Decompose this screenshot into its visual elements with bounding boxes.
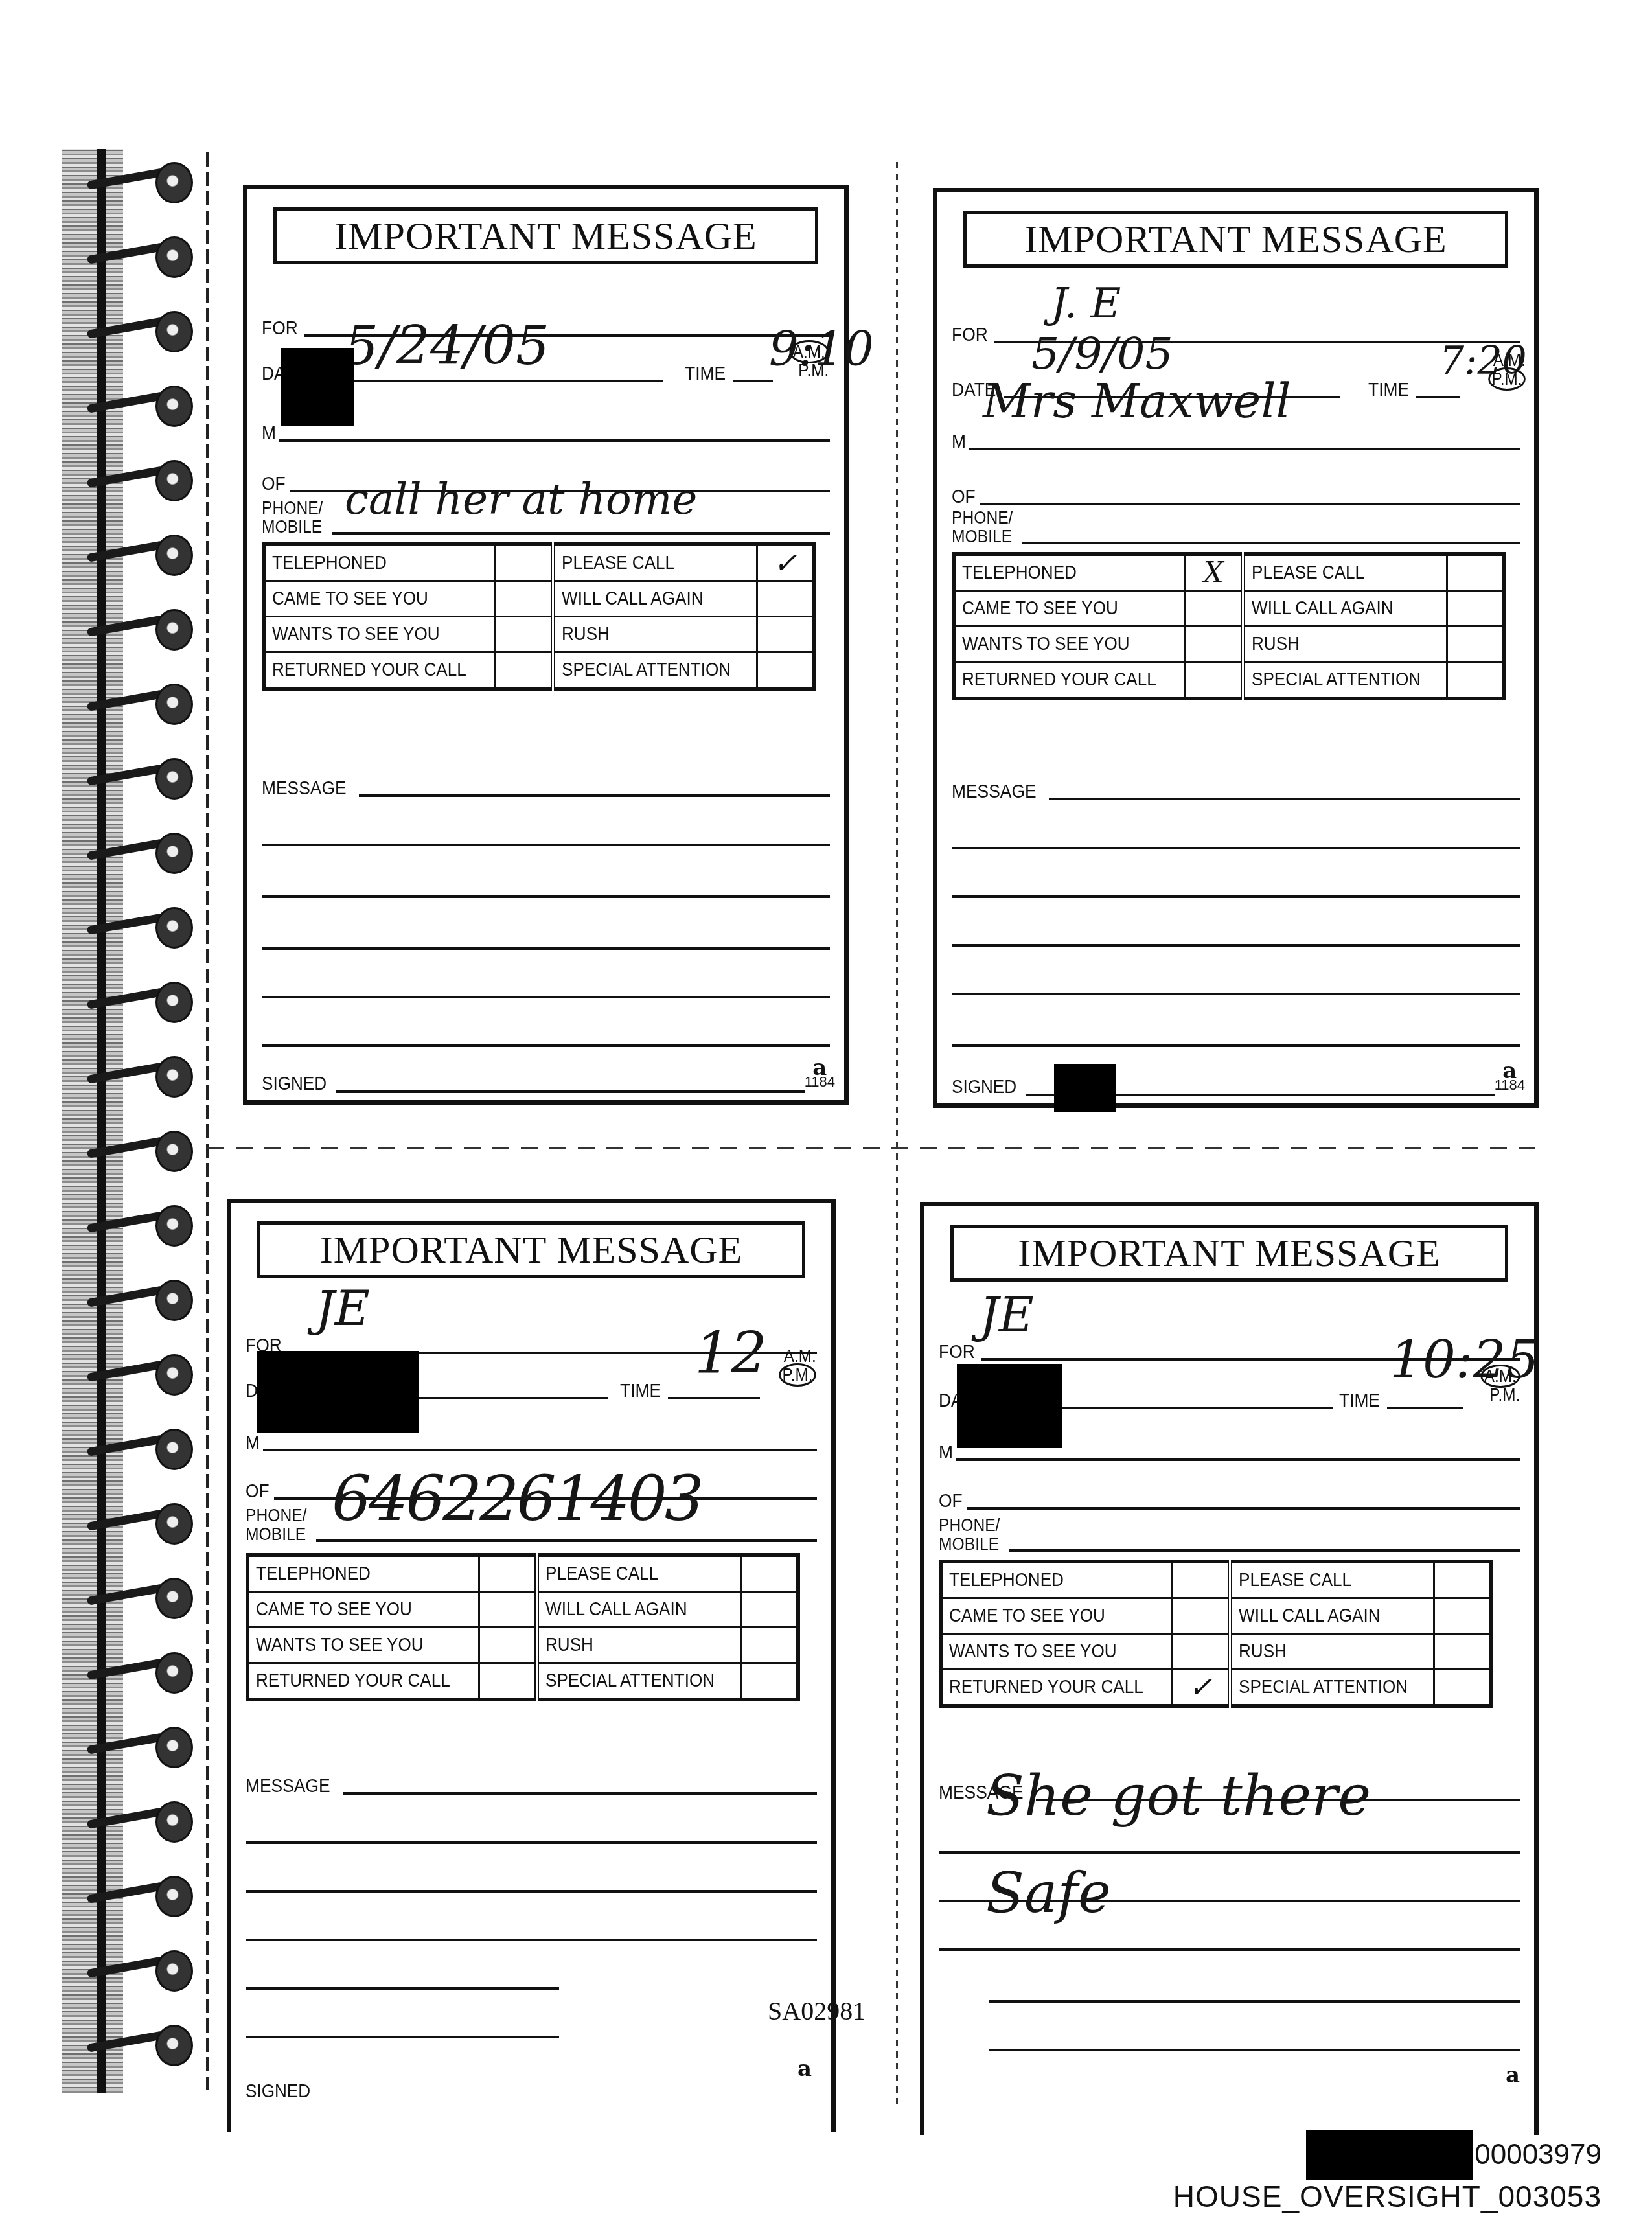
wants-to-see-you-checkbox[interactable] (479, 1628, 537, 1663)
special-attention-checkbox[interactable] (757, 652, 815, 689)
redaction-box (1054, 1064, 1116, 1112)
pm-circled: P.M. (1488, 367, 1526, 391)
for-value: J. E (1051, 280, 1121, 328)
will-call-again-label: WILL CALL AGAIN (1230, 1598, 1434, 1634)
time-value: 12 (694, 1320, 767, 1387)
spiral-coil (87, 1950, 198, 1989)
redaction-box (957, 1364, 1062, 1448)
bates-label: HOUSE_OVERSIGHT_003053 (1173, 2180, 1601, 2213)
spiral-coil (87, 1727, 198, 1766)
spiral-coil (87, 1429, 198, 1468)
spiral-coil (87, 1056, 198, 1095)
date-value: 5/9/05 (1031, 328, 1173, 380)
message-line (262, 947, 830, 950)
message-card-bottom-right: IMPORTANT MESSAGE FOR JE DA TIME 10:25 A… (920, 1202, 1539, 2135)
came-to-see-you-label: CAME TO SEE YOU (247, 1592, 479, 1628)
wants-to-see-you-label: WANTS TO SEE YOU (941, 1634, 1173, 1670)
message-line (262, 895, 830, 898)
phone-mobile-value: call her at home (345, 474, 697, 524)
came-to-see-you-checkbox[interactable] (479, 1592, 537, 1628)
card-title-box: IMPORTANT MESSAGE (257, 1221, 805, 1278)
message-line (989, 2049, 1520, 2051)
spiral-coil (87, 386, 198, 424)
please-call-checkbox[interactable] (1434, 1561, 1492, 1598)
message-line (952, 1044, 1520, 1047)
rush-label: RUSH (537, 1628, 741, 1663)
card-title-box: IMPORTANT MESSAGE (273, 207, 818, 264)
message-line (246, 1987, 559, 1990)
returned-your-call-checkbox[interactable]: ✓ (1173, 1670, 1230, 1707)
phone-mobile-value: 6462261403 (332, 1462, 702, 1535)
rush-label: RUSH (553, 617, 757, 652)
redaction-box (1306, 2130, 1473, 2180)
returned-your-call-label: RETURNED YOUR CALL (264, 652, 496, 689)
will-call-again-checkbox[interactable] (1434, 1598, 1492, 1634)
will-call-again-label: WILL CALL AGAIN (553, 581, 757, 617)
phone-mobile-field[interactable]: PHONE/MOBILE (939, 1504, 1520, 1553)
returned-your-call-checkbox[interactable] (1186, 662, 1243, 699)
message-line (246, 1841, 817, 1844)
vertical-cut-guide (896, 162, 898, 2106)
phone-mobile-field[interactable]: PHONE/MOBILE (952, 497, 1520, 546)
will-call-again-label: WILL CALL AGAIN (1243, 591, 1447, 627)
page-perforation (206, 152, 209, 2090)
am-circled: A.M. (1481, 1365, 1520, 1388)
message-line (262, 996, 830, 998)
special-attention-label: SPECIAL ATTENTION (1243, 662, 1447, 699)
checkbox-grid: TELEPHONED PLEASE CALL ✓ CAME TO SEE YOU… (262, 542, 816, 691)
message-field[interactable]: MESSAGE (262, 759, 830, 798)
message-field[interactable]: MESSAGE (952, 763, 1520, 801)
special-attention-label: SPECIAL ATTENTION (553, 652, 757, 689)
spiral-coil (87, 1503, 198, 1542)
returned-your-call-label: RETURNED YOUR CALL (941, 1670, 1173, 1707)
signed-field[interactable]: SIGNED (246, 2081, 442, 2102)
checkbox-grid: TELEPHONED PLEASE CALL CAME TO SEE YOU W… (246, 1553, 800, 1701)
telephoned-label: TELEPHONED (247, 1555, 479, 1592)
checkbox-grid: TELEPHONED PLEASE CALL CAME TO SEE YOU W… (939, 1560, 1493, 1708)
message-line (262, 844, 830, 846)
spiral-coil (87, 1876, 198, 1915)
wants-to-see-you-label: WANTS TO SEE YOU (264, 617, 496, 652)
wants-to-see-you-checkbox[interactable] (1173, 1634, 1230, 1670)
please-call-label: PLEASE CALL (1230, 1561, 1434, 1598)
spiral-coil (87, 311, 198, 350)
rush-checkbox[interactable] (741, 1628, 799, 1663)
message-card-top-left: IMPORTANT MESSAGE FOR DATE 5/24/05 TIME … (243, 185, 849, 1105)
page-id-stamp: SA02981 (768, 1996, 866, 2026)
returned-your-call-label: RETURNED YOUR CALL (247, 1663, 479, 1700)
spiral-coil (87, 1652, 198, 1691)
am-pm-selector[interactable]: A.M. P.M. (779, 1347, 816, 1385)
spiral-coil (87, 1280, 198, 1319)
bates-number: 00003979 (1474, 2138, 1601, 2172)
spiral-coil (87, 1801, 198, 1840)
will-call-again-checkbox[interactable] (741, 1592, 799, 1628)
spiral-binding (62, 149, 198, 2093)
spiral-coil (87, 684, 198, 722)
date-value: 5/24/05 (345, 316, 549, 377)
spiral-coil (87, 907, 198, 946)
signed-field[interactable]: SIGNED (262, 1074, 805, 1095)
publisher-logo: a (1506, 2068, 1520, 2082)
telephoned-label: TELEPHONED (954, 554, 1186, 591)
spiral-coil (87, 236, 198, 275)
will-call-again-checkbox[interactable] (1447, 591, 1505, 627)
horizontal-cut-guide (207, 1147, 1542, 1149)
am-circled: A.M. (790, 340, 829, 363)
special-attention-checkbox[interactable] (1434, 1670, 1492, 1707)
pm-circled: P.M. (779, 1363, 816, 1387)
message-line (246, 1890, 817, 1893)
special-attention-checkbox[interactable] (1447, 662, 1505, 699)
time-field[interactable]: TIME (685, 345, 773, 384)
spiral-coil (87, 2025, 198, 2064)
spiral-coil (87, 162, 198, 201)
spiral-coil (87, 982, 198, 1020)
bates-stamp: 00003979 HOUSE_OVERSIGHT_003053 (1173, 2130, 1601, 2213)
telephoned-checkbox[interactable] (496, 544, 553, 581)
special-attention-checkbox[interactable] (741, 1663, 799, 1700)
telephoned-label: TELEPHONED (941, 1561, 1173, 1598)
publisher-logo: a (797, 2062, 812, 2076)
card-title-box: IMPORTANT MESSAGE (963, 211, 1508, 268)
m-value: Mrs Maxwell (983, 374, 1291, 428)
please-call-checkbox[interactable] (1447, 554, 1505, 591)
please-call-checkbox[interactable]: ✓ (757, 544, 815, 581)
came-to-see-you-checkbox[interactable] (1173, 1598, 1230, 1634)
card-title-box: IMPORTANT MESSAGE (950, 1225, 1508, 1282)
redaction-box (257, 1352, 419, 1433)
spiral-coil (87, 1131, 198, 1169)
card-title: IMPORTANT MESSAGE (320, 1228, 743, 1273)
spiral-coil (87, 460, 198, 499)
message-line (952, 895, 1520, 898)
wants-to-see-you-label: WANTS TO SEE YOU (247, 1628, 479, 1663)
please-call-label: PLEASE CALL (553, 544, 757, 581)
message-line (939, 1948, 1520, 1951)
card-title: IMPORTANT MESSAGE (1018, 1231, 1441, 1276)
message-line (939, 1851, 1520, 1854)
card-title: IMPORTANT MESSAGE (334, 214, 757, 259)
spiral-coil (87, 1205, 198, 1244)
returned-your-call-checkbox[interactable] (479, 1663, 537, 1700)
wants-to-see-you-checkbox[interactable] (1186, 627, 1243, 662)
telephoned-label: TELEPHONED (264, 544, 496, 581)
will-call-again-checkbox[interactable] (757, 581, 815, 617)
checkbox-grid: TELEPHONED X PLEASE CALL CAME TO SEE YOU… (952, 552, 1506, 700)
publisher-logo: a 1184 (1495, 1064, 1525, 1092)
spiral-coil (87, 609, 198, 648)
will-call-again-label: WILL CALL AGAIN (537, 1592, 741, 1628)
am-pm-selector[interactable]: A.M. P.M. (1488, 351, 1526, 389)
message-line (952, 847, 1520, 849)
spiral-coil (87, 1354, 198, 1393)
came-to-see-you-checkbox[interactable] (496, 581, 553, 617)
am-pm-selector[interactable]: A.M. P.M. (1481, 1367, 1520, 1405)
telephoned-checkbox[interactable] (1173, 1561, 1230, 1598)
message-card-top-right: IMPORTANT MESSAGE FOR J. E DATE 5/9/05 T… (933, 188, 1539, 1108)
card-title: IMPORTANT MESSAGE (1024, 217, 1447, 262)
came-to-see-you-label: CAME TO SEE YOU (264, 581, 496, 617)
rush-label: RUSH (1230, 1634, 1434, 1670)
telephoned-checkbox[interactable] (479, 1555, 537, 1592)
returned-your-call-checkbox[interactable] (496, 652, 553, 689)
wants-to-see-you-label: WANTS TO SEE YOU (954, 627, 1186, 662)
wants-to-see-you-checkbox[interactable] (496, 617, 553, 652)
signed-field[interactable]: SIGNED (952, 1077, 1495, 1098)
message-line (952, 993, 1520, 995)
for-value: JE (980, 1287, 1034, 1343)
spiral-coil (87, 535, 198, 573)
spiral-coil (87, 758, 198, 797)
redaction-box (281, 348, 354, 426)
spiral-coil (87, 1578, 198, 1617)
rush-checkbox[interactable] (1434, 1634, 1492, 1670)
message-line (246, 1939, 817, 1941)
message-value-line-1: She got there (986, 1764, 1371, 1828)
returned-your-call-label: RETURNED YOUR CALL (954, 662, 1186, 699)
for-value: JE (315, 1281, 370, 1337)
telephoned-checkbox[interactable]: X (1186, 554, 1243, 591)
rush-checkbox[interactable] (757, 617, 815, 652)
message-card-bottom-left: IMPORTANT MESSAGE FOR JE DA TIME 12 A.M.… (227, 1199, 836, 2132)
special-attention-label: SPECIAL ATTENTION (1230, 1670, 1434, 1707)
spiral-coil (87, 833, 198, 871)
publisher-logo: a 1184 (805, 1061, 835, 1089)
message-line (952, 944, 1520, 947)
message-line (262, 1044, 830, 1047)
special-attention-label: SPECIAL ATTENTION (537, 1663, 741, 1700)
rush-checkbox[interactable] (1447, 627, 1505, 662)
came-to-see-you-label: CAME TO SEE YOU (941, 1598, 1173, 1634)
rush-label: RUSH (1243, 627, 1447, 662)
message-value-line-2: Safe (986, 1861, 1111, 1926)
message-line (989, 2000, 1520, 2003)
came-to-see-you-label: CAME TO SEE YOU (954, 591, 1186, 627)
please-call-label: PLEASE CALL (1243, 554, 1447, 591)
am-pm-selector[interactable]: A.M. P.M. (790, 343, 829, 380)
please-call-label: PLEASE CALL (537, 1555, 741, 1592)
message-line (246, 2036, 559, 2038)
please-call-checkbox[interactable] (741, 1555, 799, 1592)
message-field[interactable]: MESSAGE (246, 1757, 817, 1796)
came-to-see-you-checkbox[interactable] (1186, 591, 1243, 627)
